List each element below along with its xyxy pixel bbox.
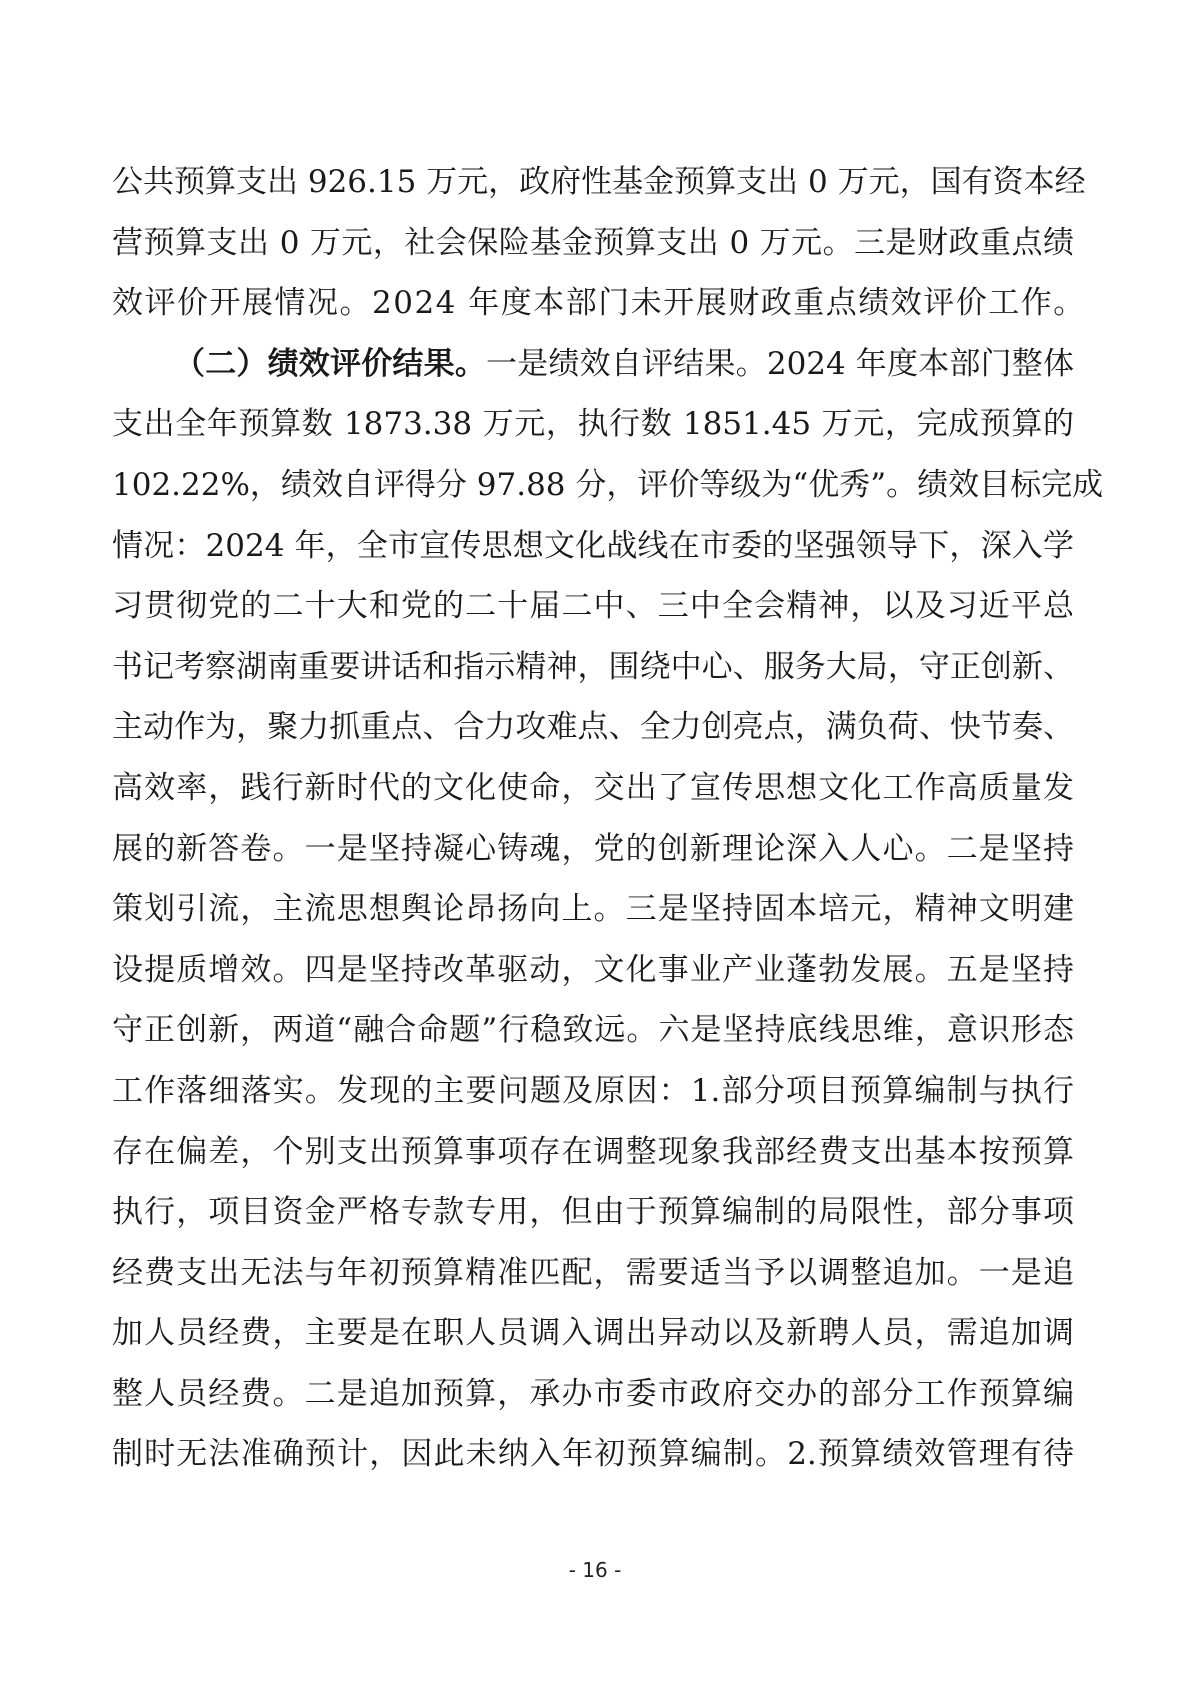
text-line: 习贯彻党的二十大和党的二十届二中、三中全会精神，以及习近平总 (112, 576, 1074, 637)
text-line: 策划引流，主流思想舆论昂扬向上。三是坚持固本培元，精神文明建 (112, 879, 1074, 940)
document-body: 公共预算支出 926.15 万元，政府性基金预算支出 0 万元，国有资本经 营预… (112, 152, 1074, 1485)
section-heading-continuation: 一是绩效自评结果。2024 年度本部门整体 (486, 346, 1074, 382)
text-line: 工作落细落实。发现的主要问题及原因：1.部分项目预算编制与执行 (112, 1061, 1074, 1122)
text-line: 营预算支出 0 万元，社会保险基金预算支出 0 万元。三是财政重点绩 (112, 213, 1074, 274)
text-line: 主动作为，聚力抓重点、合力攻难点、全力创亮点，满负荷、快节奏、 (112, 697, 1074, 758)
text-line: 书记考察湖南重要讲话和指示精神，围绕中心、服务大局，守正创新、 (112, 637, 1074, 698)
text-line: 存在偏差，个别支出预算事项存在调整现象我部经费支出基本按预算 (112, 1122, 1074, 1183)
text-line: 展的新答卷。一是坚持凝心铸魂，党的创新理论深入人心。二是坚持 (112, 819, 1074, 880)
text-line: 守正创新，两道“融合命题”行稳致远。六是坚持底线思维，意识形态 (112, 1000, 1074, 1061)
text-line: 支出全年预算数 1873.38 万元，执行数 1851.45 万元，完成预算的 (112, 394, 1074, 455)
section-heading-line: （二）绩效评价结果。一是绩效自评结果。2024 年度本部门整体 (112, 334, 1074, 395)
text-line: 102.22%，绩效自评得分 97.88 分，评价等级为“优秀”。绩效目标完成 (112, 455, 1074, 516)
text-line: 经费支出无法与年初预算精准匹配，需要适当予以调整追加。一是追 (112, 1243, 1074, 1304)
text-line: 情况：2024 年，全市宣传思想文化战线在市委的坚强领导下，深入学 (112, 516, 1074, 577)
text-line: 效评价开展情况。2024 年度本部门未开展财政重点绩效评价工作。 (112, 273, 1074, 334)
page-number: - 16 - (0, 1558, 1190, 1582)
text-line: 设提质增效。四是坚持改革驱动，文化事业产业蓬勃发展。五是坚持 (112, 940, 1074, 1001)
section-heading: （二）绩效评价结果。 (174, 346, 486, 382)
text-line: 执行，项目资金严格专款专用，但由于预算编制的局限性，部分事项 (112, 1182, 1074, 1243)
text-line: 加人员经费，主要是在职人员调入调出异动以及新聘人员，需追加调 (112, 1303, 1074, 1364)
text-line: 高效率，践行新时代的文化使命，交出了宣传思想文化工作高质量发 (112, 758, 1074, 819)
text-line: 整人员经费。二是追加预算，承办市委市政府交办的部分工作预算编 (112, 1364, 1074, 1425)
text-line: 公共预算支出 926.15 万元，政府性基金预算支出 0 万元，国有资本经 (112, 152, 1074, 213)
text-line: 制时无法准确预计，因此未纳入年初预算编制。2.预算绩效管理有待 (112, 1424, 1074, 1485)
